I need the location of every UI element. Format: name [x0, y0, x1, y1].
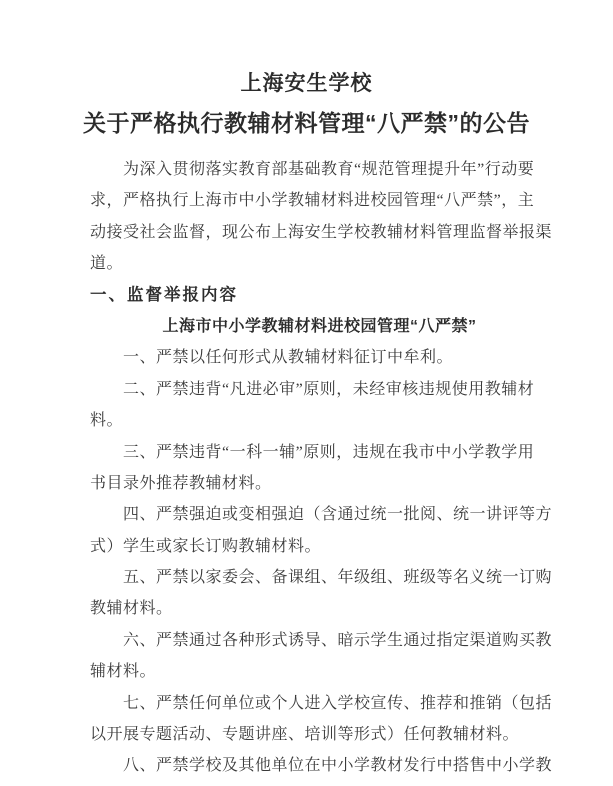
rule-line-continuation: 书目录外推荐教辅材料。	[90, 468, 549, 499]
rule-line: 三、严禁违背“一科一辅”原则，违规在我市中小学教学用	[90, 437, 549, 468]
rule-line: 七、严禁任何单位或个人进入学校宣传、推荐和推销（包括	[90, 688, 549, 719]
rule-line-continuation: 以开展专题活动、专题讲座、培训等形式）任何教辅材料。	[90, 719, 549, 750]
rule-line-continuation: 教辅材料。	[90, 593, 549, 624]
rule-line: 四、严禁强迫或变相强迫（含通过统一批阅、统一讲评等方	[90, 499, 549, 530]
rule-line-continuation: 式）学生或家长订购教辅材料。	[90, 531, 549, 562]
intro-line: 道。	[90, 248, 549, 279]
rule-line-continuation: 辅材料。	[90, 656, 549, 687]
subsection-title: 上海市中小学教辅材料进校园管理“八严禁”	[90, 311, 549, 342]
rule-line: 一、严禁以任何形式从教辅材料征订中牟利。	[90, 342, 549, 373]
section-heading: 一、监督举报内容	[90, 280, 549, 311]
intro-line: 动接受社会监督，现公布上海安生学校教辅材料管理监督举报渠	[90, 217, 549, 248]
intro-line: 为深入贯彻落实教育部基础教育“规范管理提升年”行动要	[90, 154, 549, 185]
notice-title: 关于严格执行教辅材料管理“八严禁”的公告	[0, 108, 613, 138]
rule-line: 五、严禁以家委会、备课组、年级组、班级等名义统一订购	[90, 562, 549, 593]
rule-line: 八、严禁学校及其他单位在中小学教材发行中搭售中小学教	[90, 750, 549, 781]
intro-line: 求，严格执行上海市中小学教辅材料进校园管理“八严禁”，主	[90, 185, 549, 216]
rule-line-continuation: 料。	[90, 405, 549, 436]
document-body: 为深入贯彻落实教育部基础教育“规范管理提升年”行动要 求，严格执行上海市中小学教…	[90, 154, 549, 782]
school-title: 上海安生学校	[0, 70, 613, 98]
rule-line: 六、严禁通过各种形式诱导、暗示学生通过指定渠道购买教	[90, 625, 549, 656]
document-page: 上海安生学校 关于严格执行教辅材料管理“八严禁”的公告 为深入贯彻落实教育部基础…	[0, 0, 613, 786]
rule-line: 二、严禁违背“凡进必审”原则，未经审核违规使用教辅材	[90, 374, 549, 405]
